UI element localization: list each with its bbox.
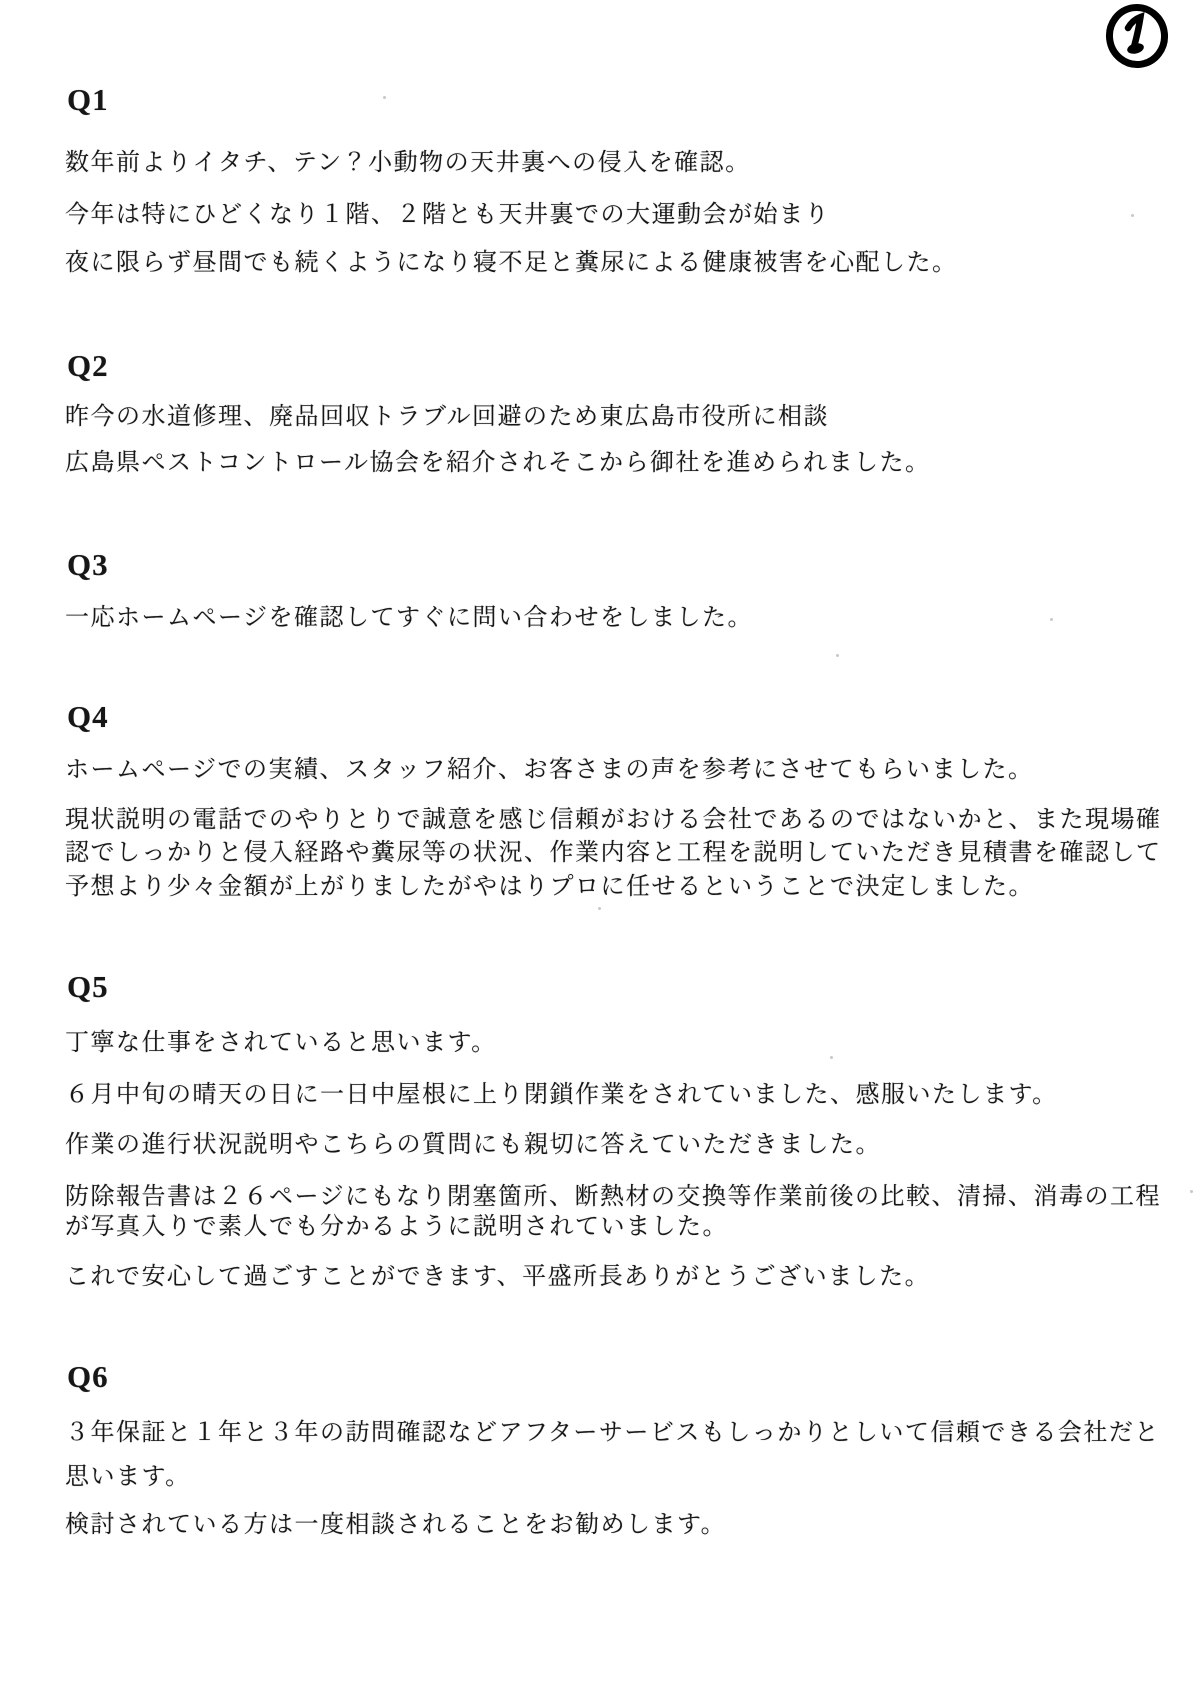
q1-label: Q1 — [67, 82, 109, 118]
q2-label: Q2 — [67, 348, 109, 384]
q6-answer-line-1: ３年保証と１年と３年の訪問確認などアフターサービスもしっかりとしいて信頼できる会… — [65, 1415, 1160, 1451]
q4-answer-line-4: 予想より少々金額が上がりましたがやはりプロに任せるということで決定しました。 — [65, 869, 1034, 905]
q3-label: Q3 — [67, 547, 109, 583]
q5-answer-line-5: が写真入りで素人でも分かるように説明されていました。 — [65, 1209, 728, 1245]
scan-speck — [836, 654, 839, 657]
q1-answer-line-1: 数年前よりイタチ、テン？小動物の天井裏への侵入を確認。 — [65, 145, 751, 181]
scan-speck — [1190, 1190, 1193, 1193]
scanned-document-page: Q1 数年前よりイタチ、テン？小動物の天井裏への侵入を確認。 今年は特にひどくな… — [0, 0, 1200, 1697]
q4-answer-line-3: 認でしっかりと侵入経路や糞尿等の状況、作業内容と工程を説明していただき見積書を確… — [65, 835, 1162, 871]
q4-label: Q4 — [67, 699, 109, 735]
q5-answer-line-2: ６月中旬の晴天の日に一日中屋根に上り閉鎖作業をされていました、感服いたします。 — [65, 1077, 1058, 1113]
q6-answer-line-3: 検討されている方は一度相談されることをお勧めします。 — [65, 1507, 726, 1543]
q1-answer-line-2: 今年は特にひどくなり１階、２階とも天井裏での大運動会が始まり — [65, 197, 830, 233]
scan-speck — [598, 907, 601, 910]
q4-answer-line-2: 現状説明の電話でのやりとりで誠意を感じ信頼がおける会社であるのではないかと、また… — [65, 802, 1162, 838]
q2-answer-line-1: 昨今の水道修理、廃品回収トラブル回避のため東広島市役所に相談 — [65, 399, 829, 435]
q6-label: Q6 — [67, 1359, 109, 1395]
q1-answer-line-3: 夜に限らず昼間でも続くようになり寝不足と糞尿による健康被害を心配した。 — [65, 245, 958, 281]
q5-label: Q5 — [67, 969, 109, 1005]
circled-1-icon — [1100, 2, 1176, 74]
q5-answer-line-1: 丁寧な仕事をされていると思います。 — [65, 1025, 497, 1061]
q5-answer-line-6: これで安心して過ごすことができます、平盛所長ありがとうございました。 — [65, 1259, 930, 1295]
scan-speck — [1131, 214, 1134, 217]
q5-answer-line-3: 作業の進行状況説明やこちらの質問にも親切に答えていただきました。 — [65, 1127, 881, 1163]
q3-answer-line-1: 一応ホームページを確認してすぐに問い合わせをしました。 — [65, 600, 753, 636]
scan-speck — [1050, 618, 1053, 621]
scan-speck — [383, 96, 386, 99]
scan-speck — [830, 1056, 833, 1059]
q6-answer-line-2: 思います。 — [65, 1459, 191, 1495]
q4-answer-line-1: ホームページでの実績、スタッフ紹介、お客さまの声を参考にさせてもらいました。 — [65, 752, 1034, 788]
q2-answer-line-2: 広島県ペストコントロール協会を紹介されそこから御社を進められました。 — [65, 445, 931, 481]
